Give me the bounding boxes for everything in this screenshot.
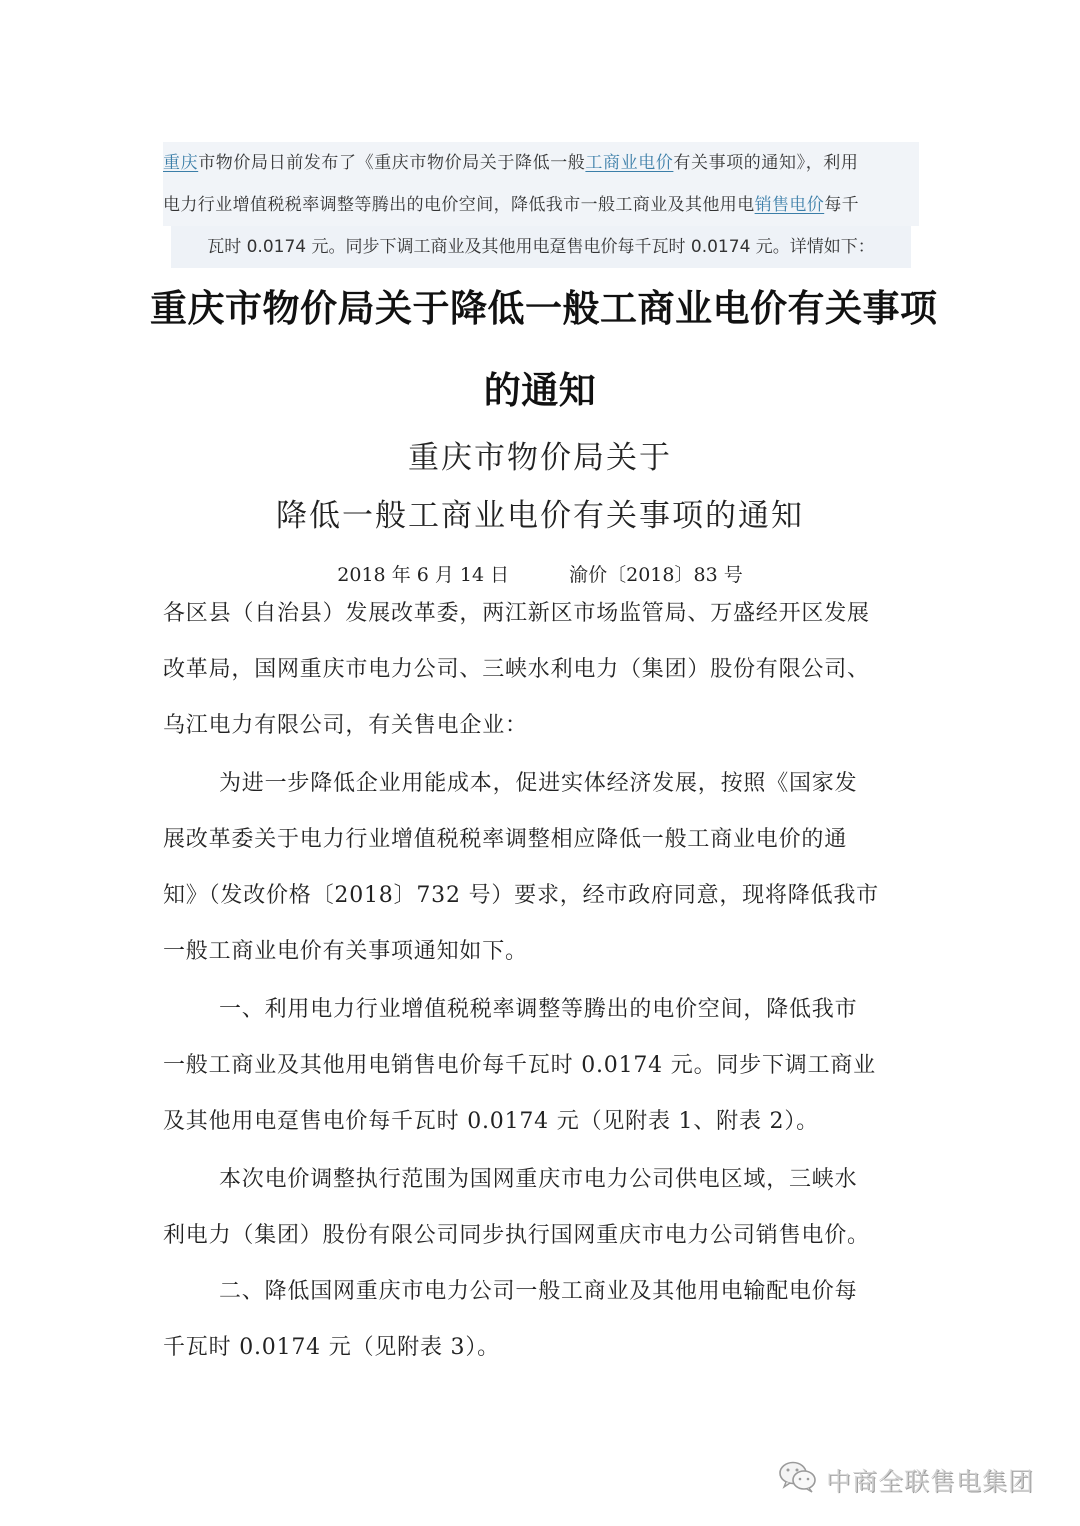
paragraph-line: 及其他用电趸售电价每千瓦时 0.0174 元（见附表 1、附表 2）。 [163, 1094, 919, 1150]
document-title-line-1: 重庆市物价局关于降低一般工商业电价有关事项 [150, 278, 930, 332]
link-chongqing[interactable]: 重庆 [163, 153, 198, 173]
wechat-icon [778, 1460, 818, 1500]
paragraph-line: 一、利用电力行业增值税税率调整等腾出的电价空间，降低我市 [163, 982, 919, 1038]
document-number: 渝价〔2018〕83 号 [569, 564, 743, 586]
document-title-line-2: 的通知 [150, 360, 930, 414]
intro-line-2: 电力行业增值税税率调整等腾出的电价空间，降低我市一般工商业及其他用电销售电价每千 [163, 184, 919, 226]
intro-text: 有关事项的通知》，利用 [673, 153, 858, 173]
paragraph-line: 二、降低国网重庆市电力公司一般工商业及其他用电输配电价每 [163, 1264, 919, 1320]
wechat-watermark: 中商全联售电集团 [778, 1460, 1034, 1500]
paragraph-line: 为进一步降低企业用能成本，促进实体经济发展，按照《国家发 [163, 756, 919, 812]
issue-date: 2018 年 6 月 14 日 [337, 564, 509, 586]
paragraph-line: 千瓦时 0.0174 元（见附表 3）。 [163, 1320, 919, 1376]
addressee-line: 乌江电力有限公司，有关售电企业： [163, 698, 919, 754]
link-commercial-electricity-price[interactable]: 工商业电价 [585, 153, 673, 173]
intro-text: 瓦时 0.0174 元。同步下调工商业及其他用电趸售电价每千瓦时 0.0174 … [207, 237, 875, 257]
intro-text: 电力行业增值税税率调整等腾出的电价空间，降低我市一般工商业及其他用电 [163, 195, 755, 215]
paragraph-scope: 本次电价调整执行范围为国网重庆市电力公司供电区域，三峡水 利电力（集团）股份有限… [163, 1152, 919, 1264]
watermark-text: 中商全联售电集团 [826, 1462, 1034, 1498]
document-meta: 2018 年 6 月 14 日渝价〔2018〕83 号 [150, 560, 930, 587]
official-title-line-1: 重庆市物价局关于 [150, 432, 930, 477]
addressee-line: 改革局，国网重庆市电力公司、三峡水利电力（集团）股份有限公司、 [163, 642, 919, 698]
paragraph-line: 一般工商业及其他用电销售电价每千瓦时 0.0174 元。同步下调工商业 [163, 1038, 919, 1094]
intro-line-3: 瓦时 0.0174 元。同步下调工商业及其他用电趸售电价每千瓦时 0.0174 … [171, 226, 911, 268]
link-sales-electricity-price[interactable]: 销售电价 [755, 195, 825, 215]
paragraph-line: 知》（发改价格〔2018〕732 号）要求，经市政府同意，现将降低我市 [163, 868, 919, 924]
addressee-line: 各区县（自治县）发展改革委，两江新区市场监管局、万盛经开区发展 [163, 586, 919, 642]
official-title-line-2: 降低一般工商业电价有关事项的通知 [150, 490, 930, 535]
intro-text: 市物价局日前发布了《重庆市物价局关于降低一般 [198, 153, 585, 173]
paragraph-line: 一般工商业电价有关事项通知如下。 [163, 924, 919, 980]
intro-text: 每千 [824, 195, 859, 215]
paragraph-line: 利电力（集团）股份有限公司同步执行国网重庆市电力公司销售电价。 [163, 1208, 919, 1264]
intro-line-1: 重庆市物价局日前发布了《重庆市物价局关于降低一般工商业电价有关事项的通知》，利用 [163, 142, 919, 184]
paragraph-line: 本次电价调整执行范围为国网重庆市电力公司供电区域，三峡水 [163, 1152, 919, 1208]
paragraph-line: 展改革委关于电力行业增值税税率调整相应降低一般工商业电价的通 [163, 812, 919, 868]
paragraph-section-2: 二、降低国网重庆市电力公司一般工商业及其他用电输配电价每 千瓦时 0.0174 … [163, 1264, 919, 1376]
addressees: 各区县（自治县）发展改革委，两江新区市场监管局、万盛经开区发展 改革局，国网重庆… [163, 586, 919, 754]
intro-summary: 重庆市物价局日前发布了《重庆市物价局关于降低一般工商业电价有关事项的通知》，利用… [163, 142, 919, 268]
paragraph-1: 为进一步降低企业用能成本，促进实体经济发展，按照《国家发 展改革委关于电力行业增… [163, 756, 919, 980]
paragraph-section-1: 一、利用电力行业增值税税率调整等腾出的电价空间，降低我市 一般工商业及其他用电销… [163, 982, 919, 1150]
